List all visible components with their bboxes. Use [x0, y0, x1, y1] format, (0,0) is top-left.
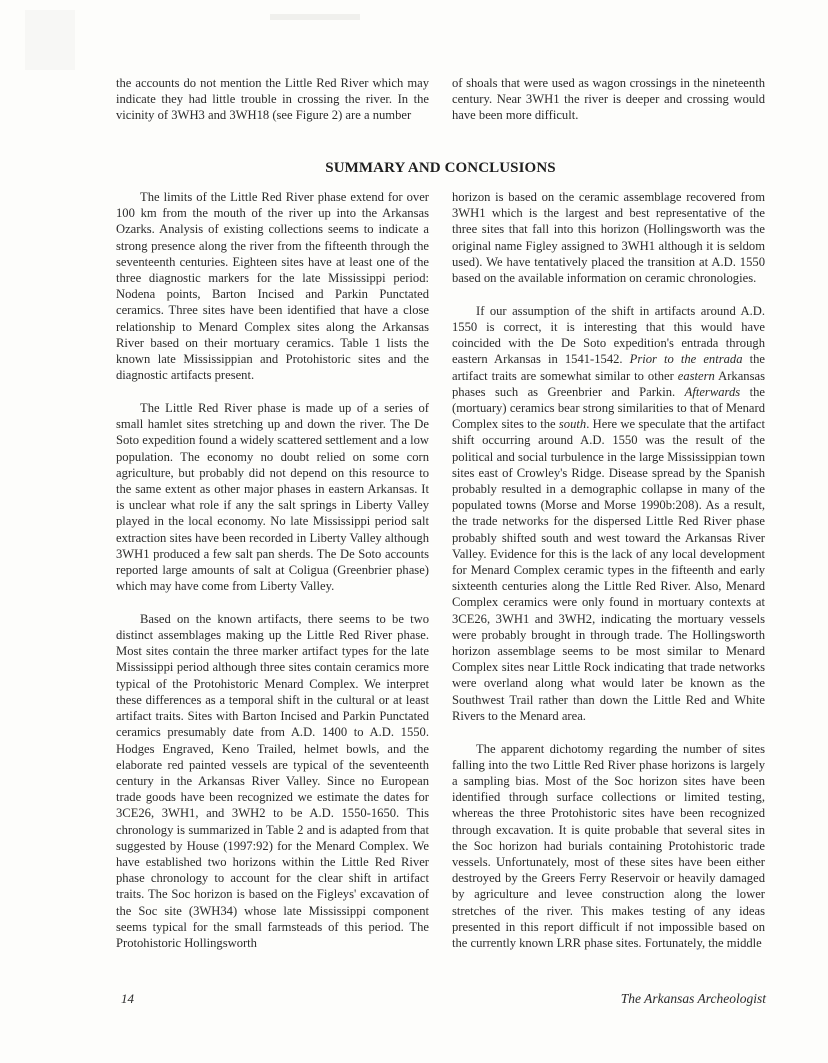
italic-text: eastern — [678, 369, 715, 383]
scan-artifact — [270, 14, 360, 20]
right-column: horizon is based on the ceramic assembla… — [452, 189, 765, 968]
continued-text-left: the accounts do not mention the Little R… — [116, 75, 429, 140]
italic-text: Prior to the entrada — [630, 352, 743, 366]
scan-artifact — [25, 10, 75, 70]
journal-title: The Arkansas Archeologist — [621, 991, 766, 1007]
paragraph-hamlet-sites: The Little Red River phase is made up of… — [116, 400, 429, 594]
continued-text-right: of shoals that were used as wagon crossi… — [452, 75, 765, 140]
paragraph-sampling-bias: The apparent dichotomy regarding the num… — [452, 741, 765, 952]
continued-paragraph-left: the accounts do not mention the Little R… — [116, 75, 429, 124]
paragraph-hollingsworth-horizon: horizon is based on the ceramic assembla… — [452, 189, 765, 286]
continued-paragraph-right: of shoals that were used as wagon crossi… — [452, 75, 765, 124]
document-page: the accounts do not mention the Little R… — [0, 0, 828, 1063]
paragraph-phase-limits: The limits of the Little Red River phase… — [116, 189, 429, 383]
italic-text: south — [559, 417, 586, 431]
page-number: 14 — [121, 991, 134, 1007]
paragraph-artifact-shift: If our assumption of the shift in artifa… — [452, 303, 765, 724]
section-heading: SUMMARY AND CONCLUSIONS — [116, 160, 765, 177]
text-run: . Here we speculate that the artifact sh… — [452, 417, 765, 723]
italic-text: Afterwards — [685, 385, 741, 399]
paragraph-assemblages: Based on the known artifacts, there seem… — [116, 611, 429, 951]
left-column: The limits of the Little Red River phase… — [116, 189, 429, 968]
